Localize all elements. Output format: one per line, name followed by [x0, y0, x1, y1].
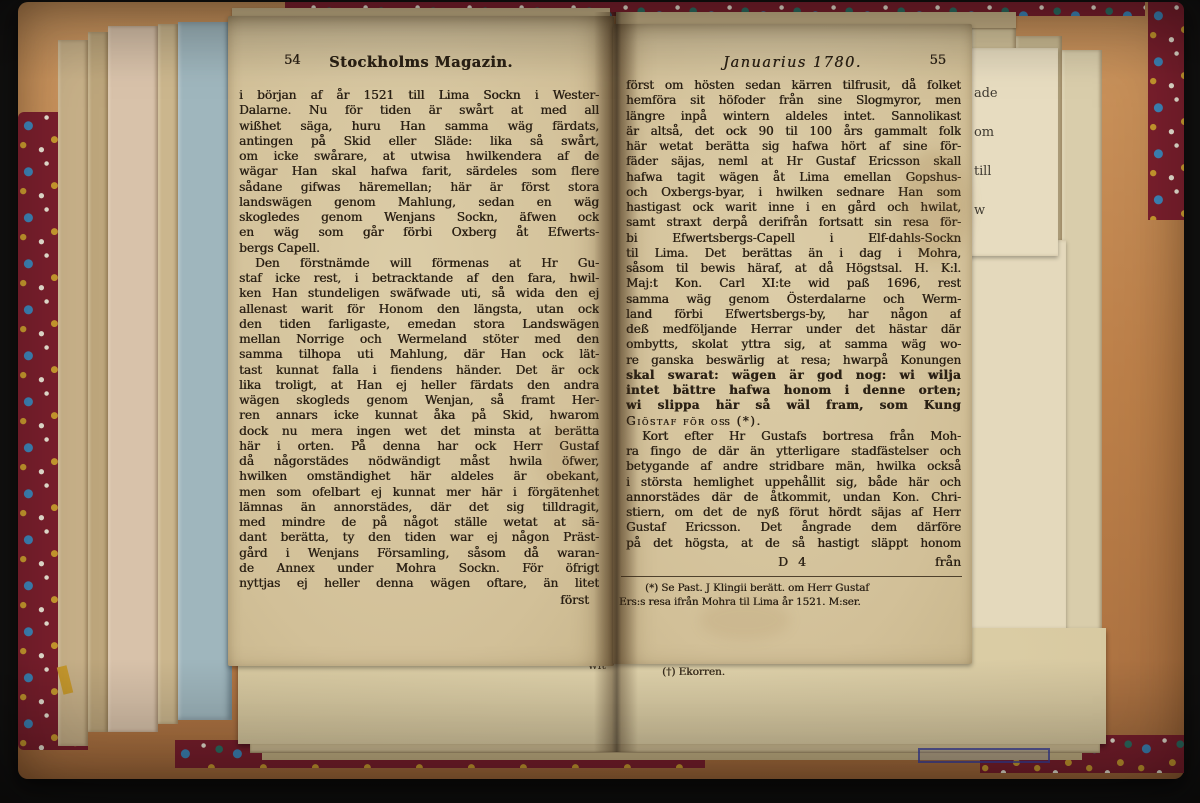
left-running-title: Stockholms Magazin.: [329, 54, 513, 71]
right-page-footnote: (*) Se Past. J Klingii berätt. om Herr G…: [619, 582, 965, 610]
text-line: wißhet säga, huru Han samma wäg färdats,: [239, 119, 599, 134]
text-line: på det högsta, at de så hastigt släppt h…: [626, 536, 961, 551]
page-edge-stack-left-pink: [108, 26, 158, 732]
text-line: i största hemlighet uppehållit sig, både…: [626, 475, 961, 490]
text-line: samma tilhopa uti Mahlung, där Han ock l…: [239, 347, 599, 362]
open-book-photo: gen ned wisande hår, hår Han vinswet beg…: [0, 0, 1200, 803]
text-line: fäder säjas, neml at Hr Gustaf Ericsson …: [626, 154, 961, 169]
signature-mark: D 4: [778, 554, 809, 569]
text-line: såsom til bewis häraf, at då Högstsal. H…: [626, 261, 961, 276]
text-line: med mindre de på något ställe wetat at s…: [239, 515, 599, 530]
footnote-rule: [621, 576, 962, 577]
text-line: om: [974, 113, 1058, 152]
spacer: [626, 554, 778, 569]
text-line: gård i Wenjans Församling, såsom då wara…: [239, 546, 599, 561]
left-page-number: 54: [284, 53, 301, 68]
text-line: men som ofelbart ej kunnat mer här i för…: [239, 485, 599, 500]
text-line: ombytts, skolat yttra sig, at samma wäg …: [626, 337, 961, 352]
text-line: då någorstädes nödwändigt måst hwila öfw…: [239, 454, 599, 469]
text-line: lämnas än annorstädes, där det sig tilld…: [239, 500, 599, 515]
page-edge-stack-left: [158, 24, 178, 724]
text-line: längre inpå wintern aldeles intet. Sanno…: [626, 109, 961, 124]
text-line: till: [974, 152, 1058, 191]
text-line: skal swarat: wägen är god nog: wi wilja: [626, 368, 961, 383]
text-line: här wetat berätta sig hafwa hört af sine…: [626, 139, 961, 154]
text-line: bi Efwertsbergs-Capell i Elf-dahls-Sockn: [626, 231, 961, 246]
signature-catchword-row: D 4 från: [626, 554, 961, 569]
slip-text-fragments: adeomtillw: [960, 48, 1058, 230]
text-line: allenast warit för Honom den längsta, ut…: [239, 302, 599, 317]
text-line: deß medföljande Herrar under det hästar …: [626, 322, 961, 337]
text-line: Den förstnämde will förmenas at Hr Gu-: [239, 256, 599, 271]
text-line: Dalarne. Nu för tiden är swårt at med al…: [239, 103, 599, 118]
right-page-text-block: först om hösten sedan kärren tilfrusit, …: [626, 78, 961, 551]
text-line: i början af år 1521 till Lima Sockn i We…: [239, 88, 599, 103]
text-line: landswägen genom Mahlung, sedan en wäg: [239, 195, 599, 210]
text-line: land förbi Efwertsbergs-by, har någon af: [626, 307, 961, 322]
marbled-paper-right-edge: [1148, 2, 1184, 220]
text-line: och Oxbergs-byar, i hwilken sednare Han …: [626, 185, 961, 200]
text-line: ra fingo de där än ytterligare stadfäste…: [626, 444, 961, 459]
text-line: den tiden farligaste, emedan stora Lands…: [239, 317, 599, 332]
text-line: nyttjas ej heller denna wägen oftare, än…: [239, 576, 599, 591]
text-line: hwilken omständighet här aldeles är obek…: [239, 469, 599, 484]
text-line: re ganska beswärlig at resa; hwarpå Konu…: [626, 353, 961, 368]
text-line: stiern, om det de nyß förut hördt säjas …: [626, 505, 961, 520]
text-line: dant berätta, ty den tiden war ej någon …: [239, 530, 599, 545]
text-line: (†) Ekorren.: [662, 661, 1062, 684]
page-edge-stack-left: [88, 32, 108, 732]
blue-gray-sheet: [178, 22, 232, 720]
text-line: annorstädes där de åtkommit, undan Kon. …: [626, 490, 961, 505]
text-line: är altså, det ock 90 til 100 års gammalt…: [626, 124, 961, 139]
text-line: Giöstaf för oß (*).: [626, 414, 961, 429]
left-page-catchword: först: [239, 593, 599, 607]
left-page-header: 54 Stockholms Magazin.: [240, 52, 602, 71]
text-line: wägar Han skal hafwa farit, särdeles som…: [239, 164, 599, 179]
text-line: Gustaf Ericsson. Det ångrade dem därföre: [626, 520, 961, 535]
text-line: antingen på Skid eller Släde: lika så sw…: [239, 134, 599, 149]
text-line: staf icke rest, i betracktande af den fa…: [239, 271, 599, 286]
inserted-paper-slip: adeomtillw: [960, 48, 1058, 256]
text-line: mellan Norrige och Wermeland stöter med …: [239, 332, 599, 347]
text-line: hastigast ock warit inne i en gård och h…: [626, 200, 961, 215]
text-line: bergs Capell.: [239, 241, 599, 256]
text-line: om icke swårare, at utwisa hwilkendera a…: [239, 149, 599, 164]
text-line: samt straxt derpå derifrån fortsatt sin …: [626, 215, 961, 230]
text-line: tast kunnat falla i fiendens händer. Det…: [239, 363, 599, 378]
text-line: Maj:t Kon. Carl XI:te wid paß 1696, rest: [626, 276, 961, 291]
text-line: här i orten. På denna har ock Herr Gusta…: [239, 439, 599, 454]
text-line: först om hösten sedan kärren tilfrusit, …: [626, 78, 961, 93]
text-line: betygande af andre stridbare män, hwilka…: [626, 459, 961, 474]
text-line: en wäg som går förbi Oxberg åt Efwerts-: [239, 225, 599, 240]
text-line: dock nu mera ingen wet det minsta at ber…: [239, 424, 599, 439]
text-line: wi slippa här så wäl fram, som Kung: [626, 398, 961, 413]
right-page-number: 55: [929, 53, 946, 68]
left-page: 54 Stockholms Magazin. i början af år 15…: [228, 16, 614, 666]
text-line: ken Han stundeligen swäfwade uti, så wid…: [239, 286, 599, 301]
text-line: hafwa tagit wägen åt Lima emellan Gopshu…: [626, 170, 961, 185]
text-line: skogledes genom Wenjans Sockn, äfwen ock: [239, 210, 599, 225]
text-line: til Lima. Det berättas än i dag i Mohra,: [626, 246, 961, 261]
text-line: sådane gifwas häremellan; här är först s…: [239, 180, 599, 195]
right-page: Januarius 1780. 55 först om hösten sedan…: [613, 24, 972, 664]
text-line: hemföra sit höfoder från sine Slogmyror,…: [626, 93, 961, 108]
text-line: (*) Se Past. J Klingii berätt. om Herr G…: [619, 582, 965, 596]
text-line: lika troligt, at Han ej heller färdats d…: [239, 378, 599, 393]
right-running-title: Januarius 1780.: [723, 55, 862, 71]
right-page-header: Januarius 1780. 55: [625, 52, 960, 71]
text-line: wägen skogleds genom Wenjan, så framt He…: [239, 393, 599, 408]
text-line: Ers:s resa ifrån Mohra til Lima år 1521.…: [619, 596, 965, 610]
page-edge-stack-right: [1062, 50, 1102, 690]
left-page-text-block: i början af år 1521 till Lima Sockn i We…: [239, 88, 599, 591]
text-line: intet bättre hafwa honom i denne orten;: [626, 383, 961, 398]
text-line: ren annars icke kunnat åka på Skid, hwar…: [239, 408, 599, 423]
text-line: Kort efter Hr Gustafs bortresa från Moh-: [626, 429, 961, 444]
text-line: w: [974, 191, 1058, 230]
text-line: de Annex under Mohra Sockn. För öfrigt: [239, 561, 599, 576]
text-line: ade: [974, 74, 1058, 113]
blue-ink-stamp: [918, 748, 1050, 763]
text-line: samma wäg genom Österdalarne och Werm-: [626, 292, 961, 307]
page-edge-stack-left: [58, 40, 88, 746]
right-page-catchword: från: [809, 554, 961, 569]
protruding-page-right: [966, 240, 1066, 655]
